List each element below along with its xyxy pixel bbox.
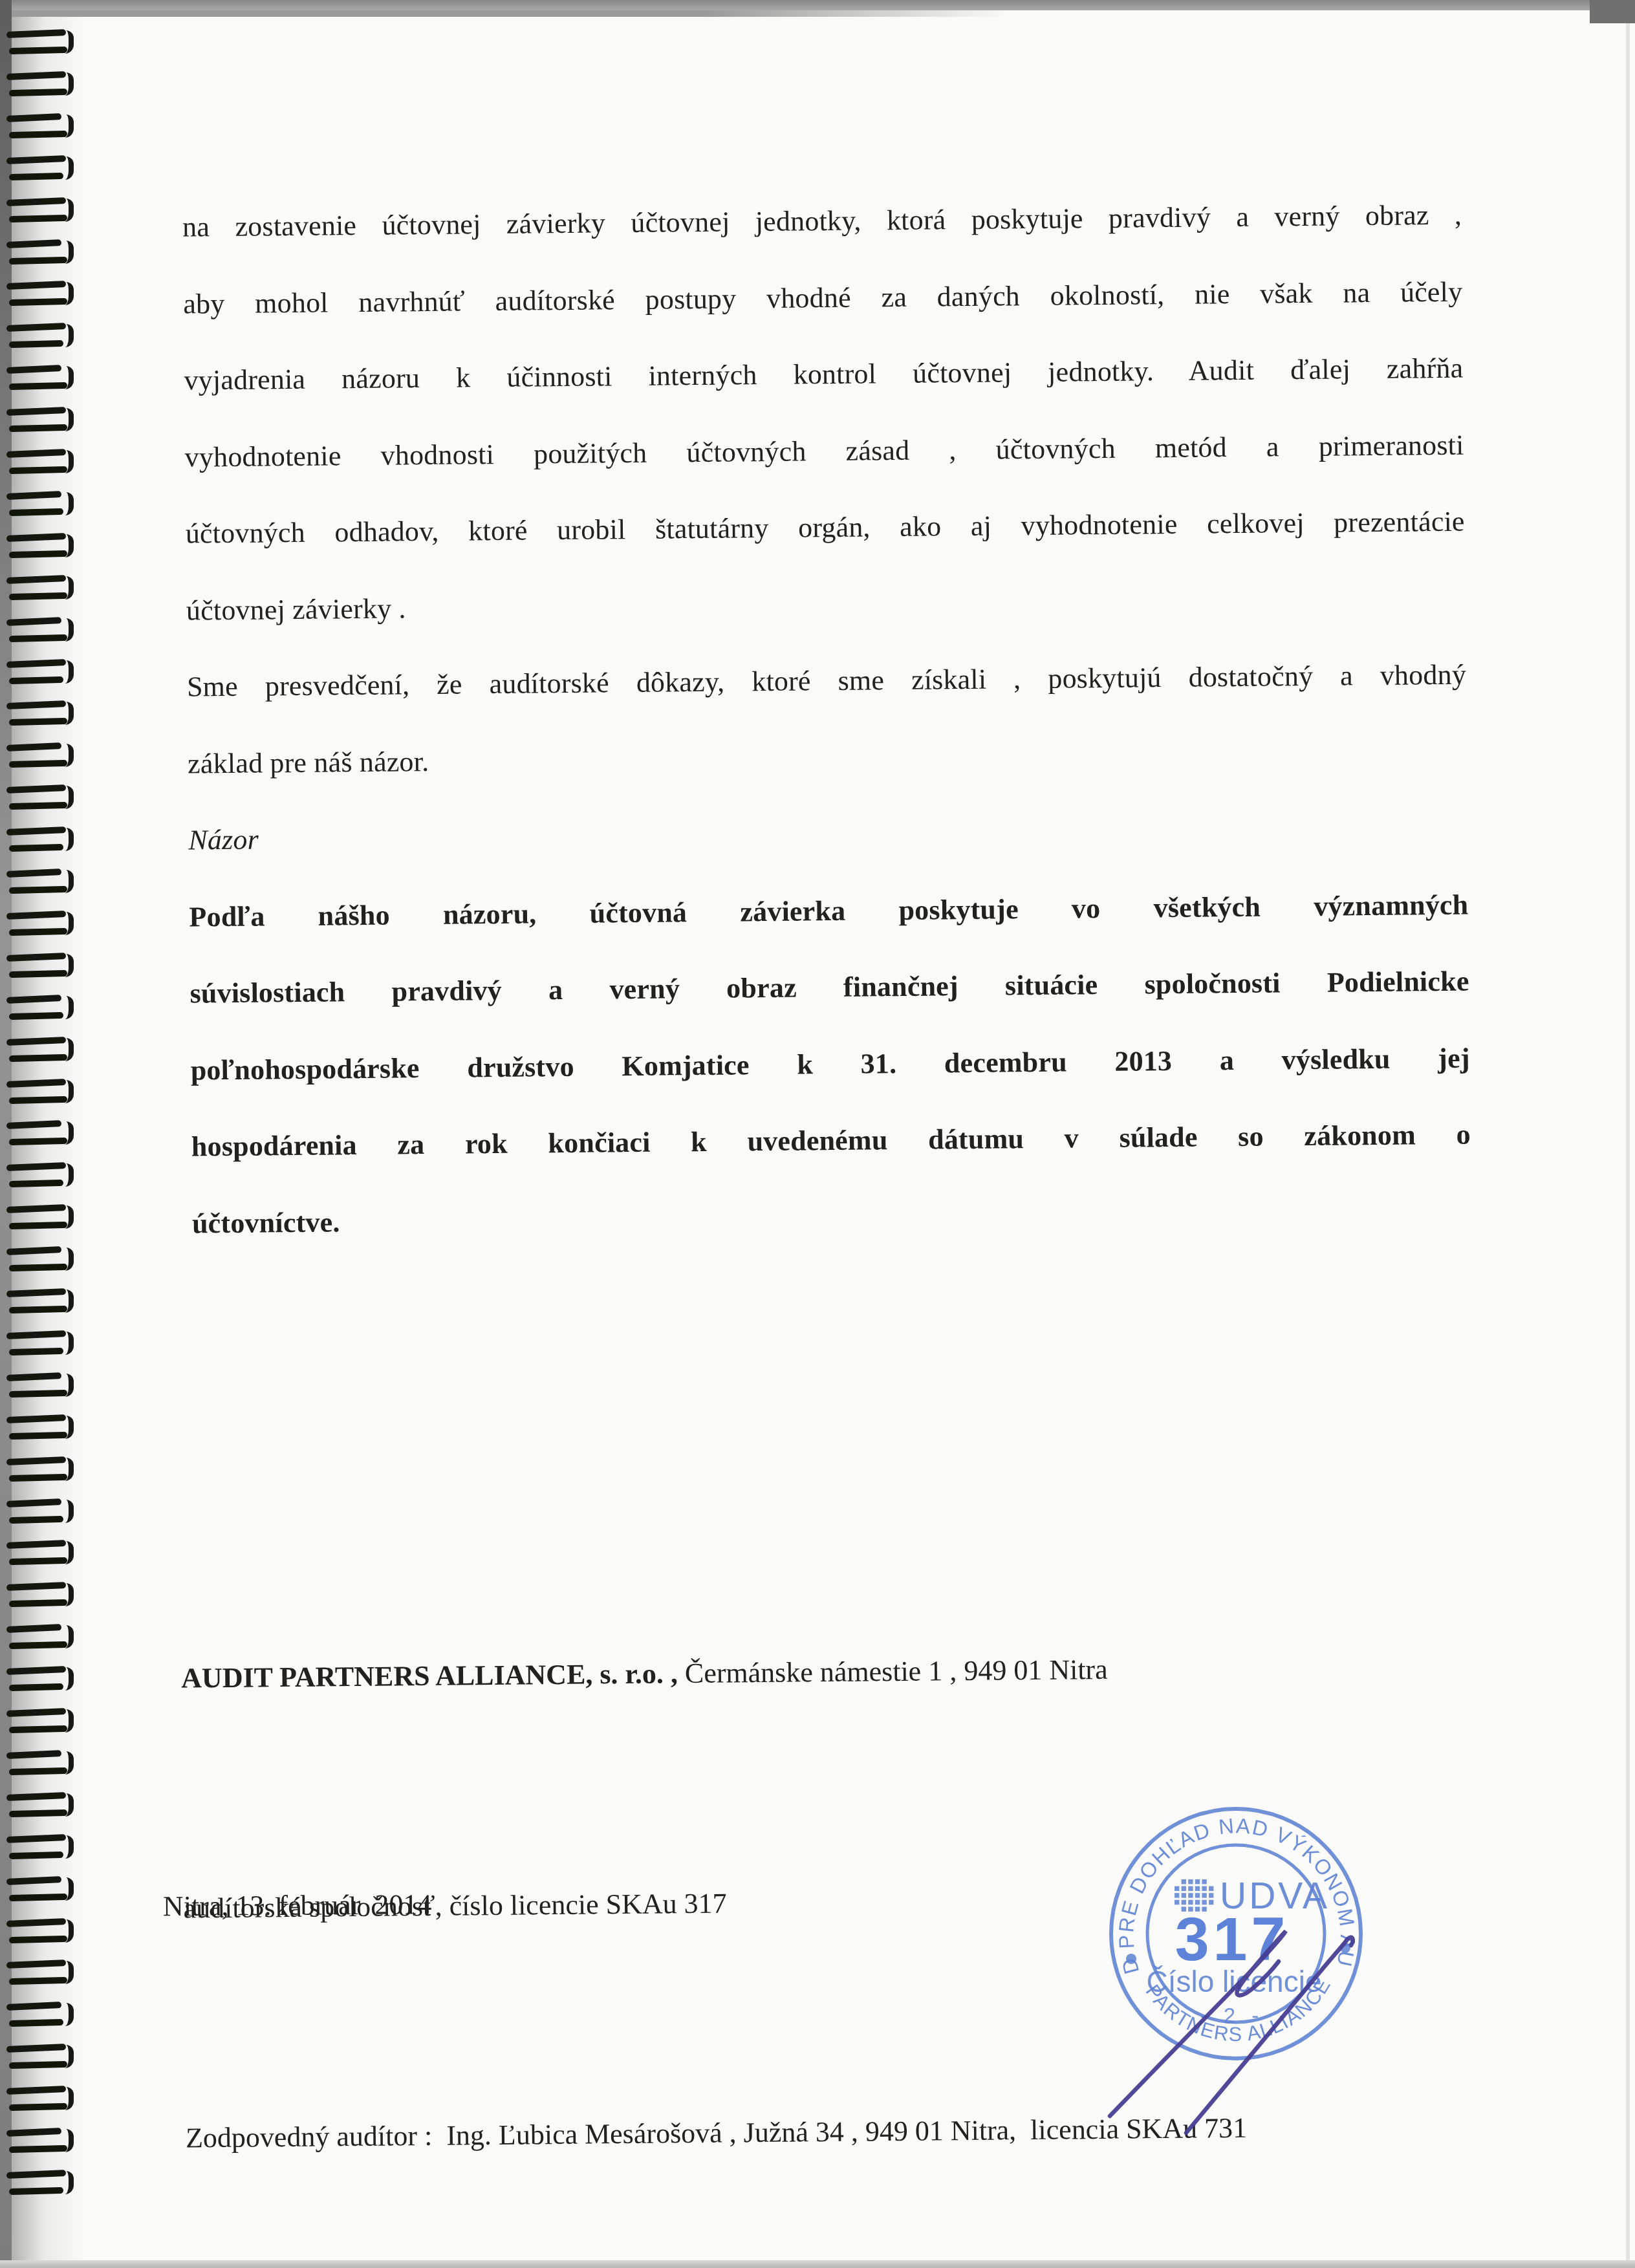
scan-edge-top (0, 0, 1635, 10)
opinion-paragraph-line: Podľa nášho názoru, účtovná závierka pos… (189, 867, 1469, 955)
company-name: AUDIT PARTNERS ALLIANCE, s. r.o. , (181, 1658, 678, 1694)
paragraph-line: účtovnej závierky . (186, 560, 1466, 649)
spiral-coil (6, 1374, 74, 1397)
spiral-coil (6, 2171, 74, 2194)
spiral-coil (6, 450, 74, 473)
scan-corner-top-right (1590, 0, 1635, 23)
spiral-coil (6, 1247, 74, 1271)
spiral-coil (6, 282, 74, 305)
spiral-coil (6, 1835, 74, 1859)
spiral-coil (6, 870, 74, 893)
stamp-license-number: 317 (1175, 1905, 1290, 1974)
spiral-coil (6, 954, 74, 977)
spiral-coil (6, 114, 74, 138)
spiral-coil (6, 1709, 74, 1733)
spiral-coil (6, 1205, 74, 1229)
report-body-text: na zostavenie účtovnej závierky účtovnej… (182, 177, 1472, 1262)
spiral-coil (6, 30, 74, 54)
spiral-coil (6, 1080, 74, 1103)
spiral-coil (6, 534, 74, 557)
opinion-paragraph-line: poľnohospodárske družstvo Komjatice k 31… (190, 1020, 1470, 1108)
spiral-coil (6, 2129, 74, 2152)
spiral-coil (6, 1961, 74, 1984)
spiral-coil (6, 408, 74, 431)
spiral-coil (6, 1541, 74, 1564)
spiral-coil (6, 1793, 74, 1817)
spiral-coil (6, 1751, 74, 1775)
stamp-left-bullet-icon (1126, 1954, 1136, 1964)
scanned-audit-report-page: { "binding": { "coil_count": 52 }, "body… (0, 0, 1635, 2268)
company-name-line: AUDIT PARTNERS ALLIANCE, s. r.o. , Čermá… (181, 1628, 1469, 1717)
opinion-paragraph-line: hospodárenia za rok končiaci k uvedenému… (191, 1097, 1471, 1185)
spiral-coil (6, 72, 74, 96)
paragraph-line: vyjadrenia názoru k účinnosti interných … (184, 330, 1464, 419)
paragraph-line: vyhodnotenie vhodnosti použitých účtovný… (184, 407, 1464, 495)
scan-edge-bottom (0, 2260, 1635, 2268)
spiral-coil (6, 702, 74, 725)
paragraph-line: Sme presvedčení, že audítorské dôkazy, k… (186, 637, 1466, 726)
spiral-coil (6, 576, 74, 599)
spiral-coil (6, 828, 74, 851)
spiral-coil (6, 786, 74, 809)
spiral-coil (6, 1121, 74, 1145)
opinion-heading: Názor (188, 790, 1468, 879)
paragraph-line: na zostavenie účtovnej závierky účtovnej… (182, 177, 1462, 266)
opinion-paragraph-line: účtovníctve. (191, 1173, 1471, 1262)
paragraph-line: účtovných odhadov, ktoré urobil štatutár… (185, 484, 1465, 572)
company-address: Čermánske námestie 1 , 949 01 Nitra (678, 1654, 1108, 1689)
spiral-coil (6, 1038, 74, 1061)
spiral-coil (6, 199, 74, 222)
spiral-coil (6, 1667, 74, 1690)
spiral-coil (6, 1919, 74, 1943)
spiral-coil (6, 1416, 74, 1439)
spiral-coil (6, 157, 74, 180)
opinion-paragraph-line: súvislostiach pravdivý a verný obraz fin… (189, 944, 1469, 1032)
official-stamp: ÚRAD PRE DOHĽAD NAD VÝKONOM AUDITU AUDIT… (1061, 1753, 1442, 2154)
spiral-coil (6, 2087, 74, 2110)
spiral-coil (6, 324, 74, 347)
spiral-coil (6, 1163, 74, 1187)
spiral-coil (6, 366, 74, 389)
spiral-coil (6, 1458, 74, 1481)
spiral-coil (6, 660, 74, 684)
spiral-coil (6, 1877, 74, 1901)
spiral-coil (6, 912, 74, 935)
paragraph-line: základ pre náš názor. (188, 713, 1467, 802)
paragraph-line: aby mohol navrhnúť audítorské postupy vh… (183, 254, 1463, 342)
stamp-license-label: Číslo licencie (1147, 1965, 1322, 1998)
spiral-coil (6, 2045, 74, 2068)
spiral-coil (6, 1332, 74, 1355)
spiral-coil (6, 1290, 74, 1313)
spiral-coil (6, 996, 74, 1019)
place-date-line: Nitra, 13. február 2014 (163, 1864, 746, 1945)
spiral-coil (6, 492, 74, 515)
spiral-coil (6, 1583, 74, 1606)
spiral-coil (6, 2003, 74, 2026)
spiral-coil (6, 1625, 74, 1648)
scan-edge-right (1626, 0, 1630, 2268)
spiral-coil (6, 744, 74, 767)
spiral-coil (6, 1500, 74, 1523)
spiral-coil (6, 241, 74, 264)
spiral-coil (6, 618, 74, 642)
